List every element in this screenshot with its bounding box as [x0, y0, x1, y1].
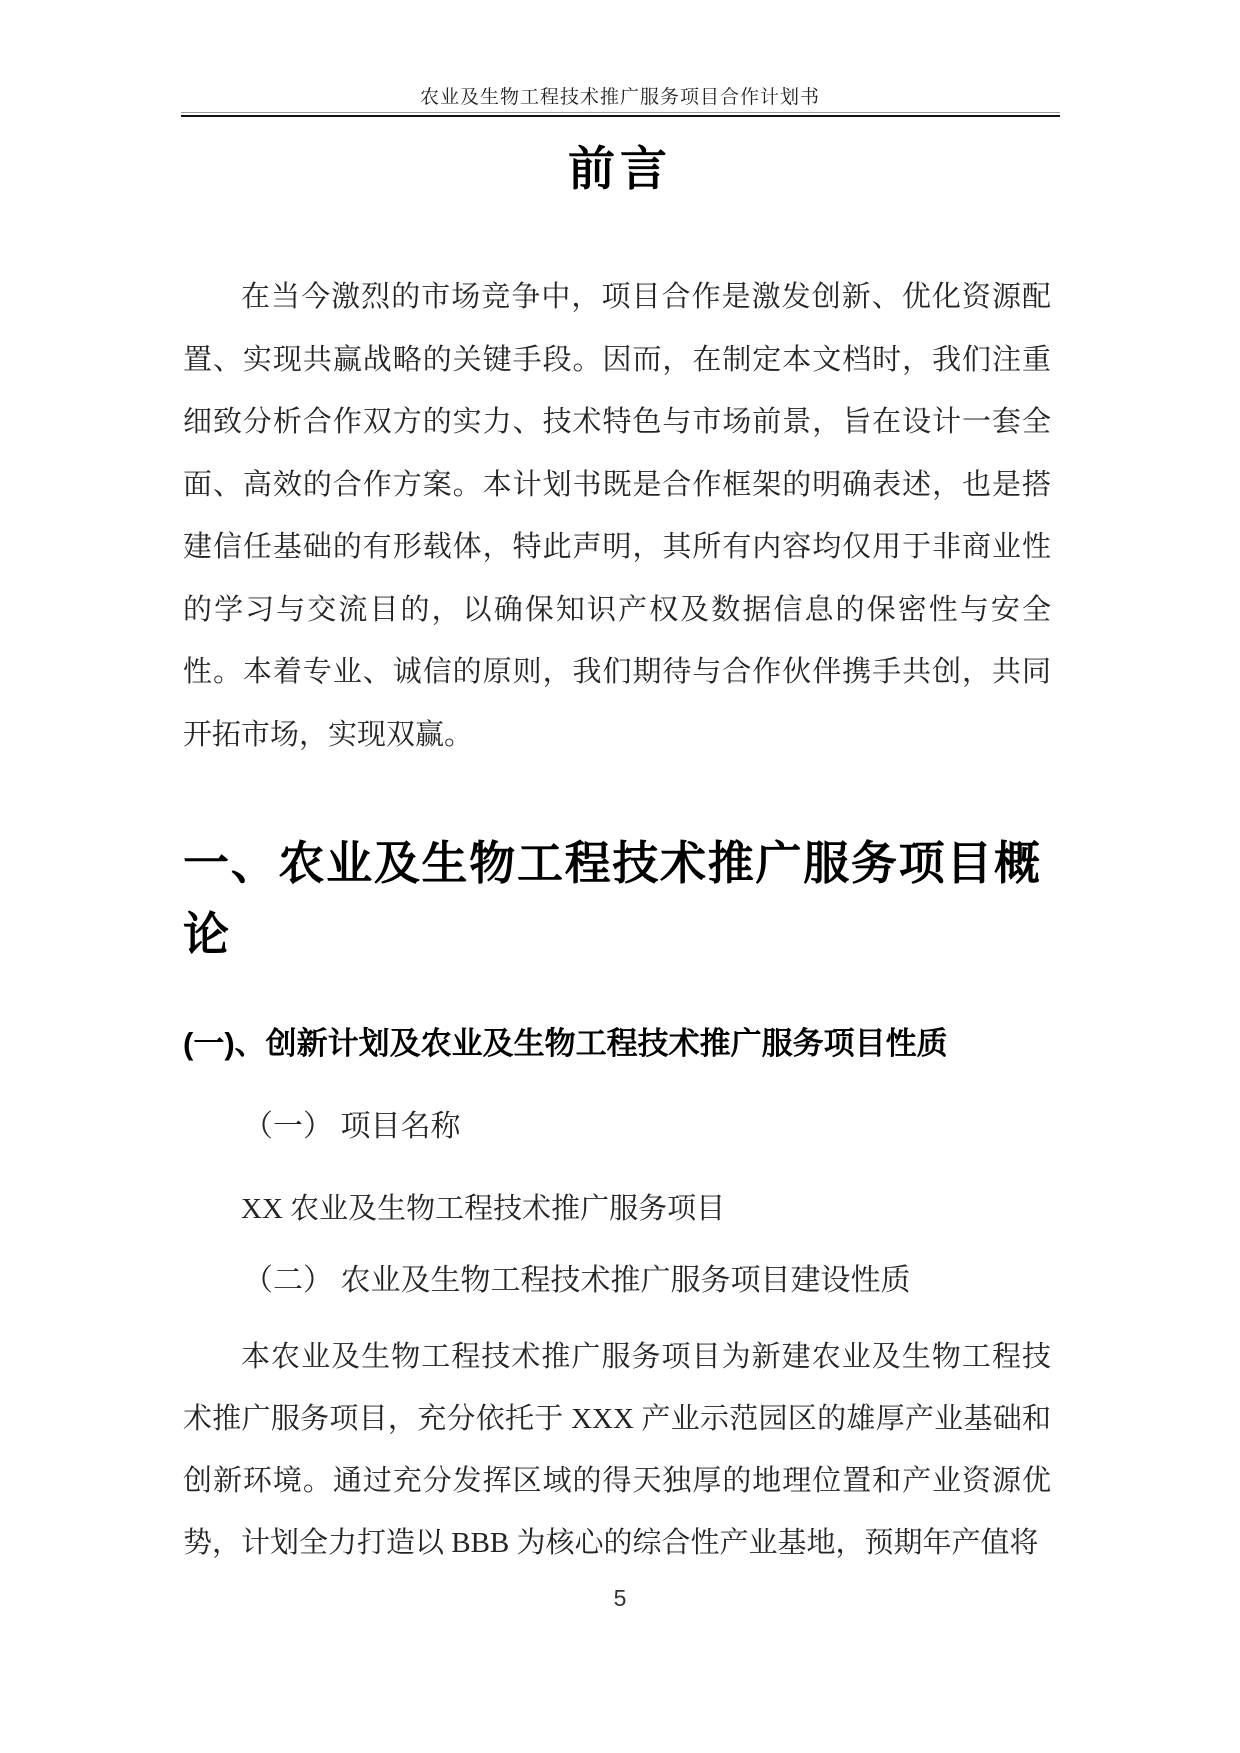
header-divider-rule	[181, 112, 1060, 117]
subsection-value-project-name: XX 农业及生物工程技术推广服务项目	[183, 1188, 1051, 1230]
subsection-label-construction-nature: （二） 农业及生物工程技术推广服务项目建设性质	[183, 1260, 1051, 1302]
subsection-label-project-name: （一） 项目名称	[183, 1106, 1051, 1148]
page-number: 5	[0, 1584, 1240, 1612]
document-page: 农业及生物工程技术推广服务项目合作计划书 前言 在当今激烈的市场竞争中，项目合作…	[0, 0, 1240, 1753]
construction-nature-paragraph: 本农业及生物工程技术推广服务项目为新建农业及生物工程技术推广服务项目，充分依托于…	[183, 1326, 1051, 1574]
section-heading-level2: (一)、创新计划及农业及生物工程技术推广服务项目性质	[183, 1022, 1063, 1066]
page-header-title: 农业及生物工程技术推广服务项目合作计划书	[0, 86, 1240, 110]
document-title: 前言	[0, 140, 1240, 198]
section-heading-level1: 一、农业及生物工程技术推广服务项目概论	[183, 828, 1041, 970]
preface-paragraph: 在当今激烈的市场竞争中，项目合作是激发创新、优化资源配置、实现共赢战略的关键手段…	[183, 266, 1051, 766]
